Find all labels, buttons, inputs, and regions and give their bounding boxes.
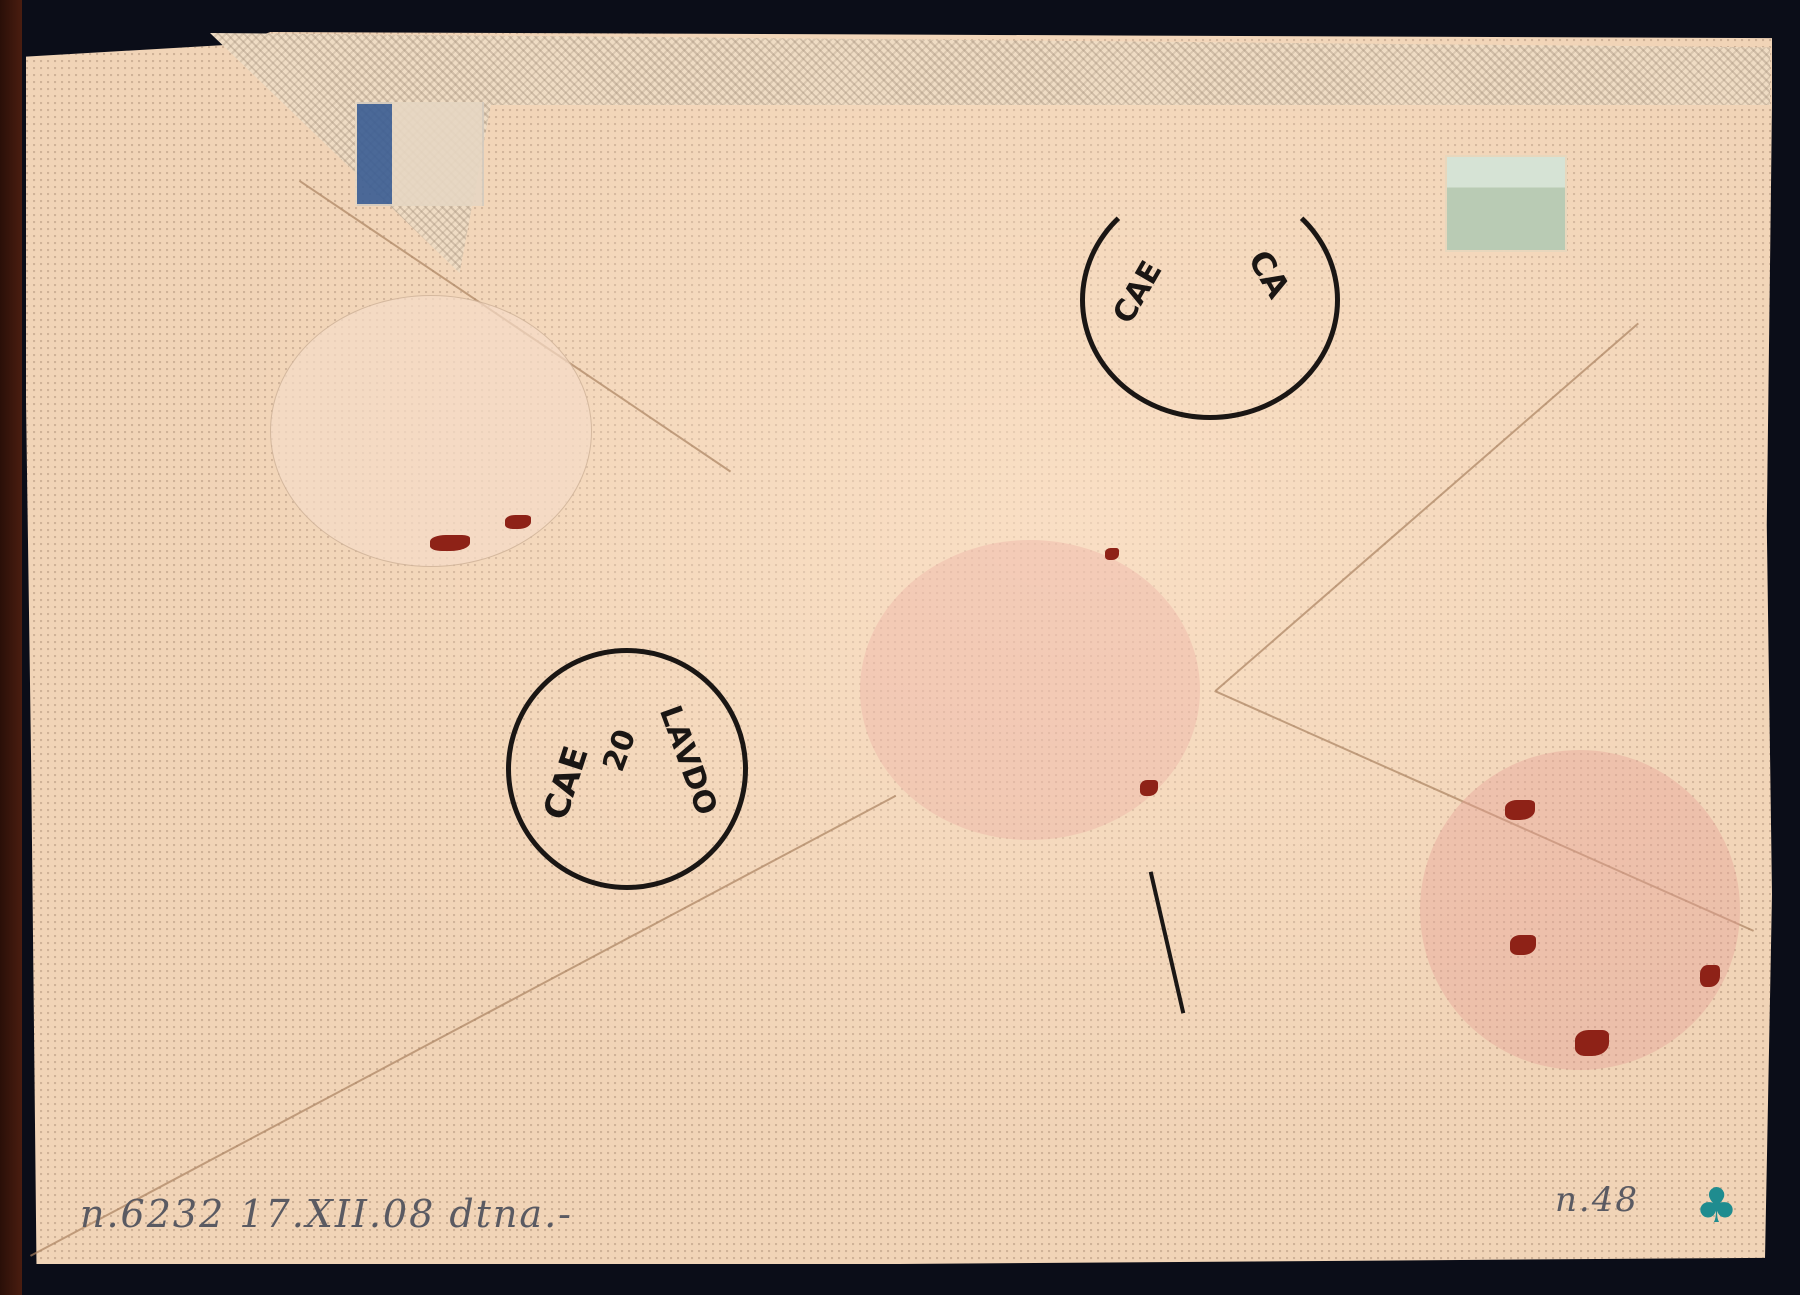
- wax-fragment: [505, 515, 531, 529]
- postmark-upper-text-left: CAE: [1106, 255, 1169, 329]
- wax-seal-bottom-right: [1420, 750, 1740, 1070]
- wax-seal-left: [270, 295, 592, 567]
- wax-fragment: [1505, 800, 1535, 820]
- wax-fragment: [430, 535, 470, 551]
- green-stamp-remnant: [1445, 155, 1567, 252]
- postmark-circle-upper: CAE CA: [1080, 180, 1340, 420]
- wax-fragment: [1700, 965, 1720, 987]
- pencil-note-bottom-right: n.48: [1555, 1180, 1639, 1220]
- wax-fragment: [1510, 935, 1536, 955]
- wax-fragment: [1105, 548, 1119, 560]
- wax-fragment: [1140, 780, 1158, 796]
- postmark-upper-text-right: CA: [1241, 244, 1298, 305]
- wax-fragment: [1575, 1030, 1609, 1056]
- blue-stamp-remnant: [355, 102, 484, 206]
- mount-frame-edge: [0, 0, 22, 1295]
- postmark-text-right: LAVDO: [652, 701, 724, 820]
- postmark-circle-main: CAE 20 LAVDO: [506, 648, 748, 890]
- expert-mark-icon: ♣: [1695, 1178, 1738, 1234]
- postmark-date-day: 20: [596, 725, 643, 776]
- postmark-text-left: CAE: [536, 741, 597, 824]
- pencil-note-bottom-left: n.6232 17.XII.08 dtna.-: [80, 1192, 573, 1236]
